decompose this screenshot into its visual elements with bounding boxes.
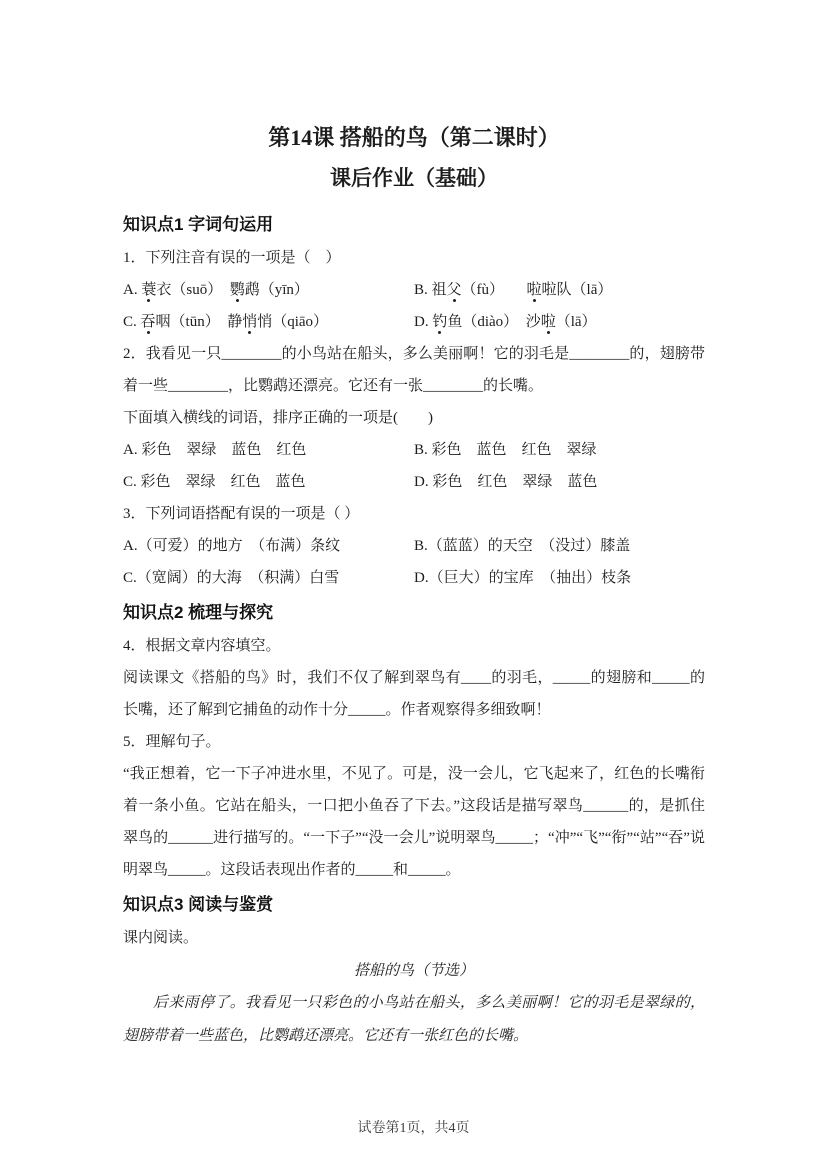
passage-title: 搭船的鸟（节选） [123,954,705,986]
q4-stem: 4．根据文章内容填空。 [123,630,705,662]
q3-option-c: C.（宽阔）的大海 （积满）白雪 [123,562,414,594]
q4-body: 阅读课文《搭船的鸟》时，我们不仅了解到翠鸟有____的羽毛，_____的翅膀和_… [123,662,705,726]
q1-option-c: C. 吞咽（tūn） 静悄悄（qiāo） [123,306,414,338]
q1-stem: 1．下列注音有误的一项是（ ） [123,242,705,274]
page-footer: 试卷第1页，共4页 [0,1119,827,1139]
section1-heading: 知识点1 字词句运用 [123,208,705,242]
q5-stem: 5．理解句子。 [123,726,705,758]
q3-option-d: D.（巨大）的宝库 （抽出）枝条 [414,562,705,594]
q2-sub-stem: 下面填入横线的词语，排序正确的一项是( ) [123,402,705,434]
q3-stem: 3．下列词语搭配有误的一项是（ ） [123,498,705,530]
q2-option-c: C. 彩色 翠绿 红色 蓝色 [123,466,414,498]
q2-option-d: D. 彩色 红色 翠绿 蓝色 [414,466,705,498]
q3-option-b: B.（蓝蓝）的天空 （没过）膝盖 [414,530,705,562]
q1-option-a: A. 蓑衣（suō） 鹦鹉（yīn） [123,274,414,306]
reading-intro: 课内阅读。 [123,922,705,954]
doc-title-line1: 第14课 搭船的鸟（第二课时） [123,118,705,158]
q1-option-b: B. 祖父（fù） 啦啦队（lā） [414,274,705,306]
q1-option-d: D. 钓鱼（diào） 沙啦（lā） [414,306,705,338]
passage-text: 后来雨停了。我看见一只彩色的小鸟站在船头，多么美丽啊！它的羽毛是翠绿的，翅膀带着… [123,986,705,1051]
section2-heading: 知识点2 梳理与探究 [123,596,705,630]
q2-option-b: B. 彩色 蓝色 红色 翠绿 [414,434,705,466]
q2-stem: 2．我看见一只________的小鸟站在船头，多么美丽啊！它的羽毛是______… [123,338,705,402]
q5-body: “我正想着，它一下子冲进水里，不见了。可是，没一会儿，它飞起来了，红色的长嘴衔着… [123,758,705,886]
q3-option-a: A.（可爱）的地方 （布满）条纹 [123,530,414,562]
q1-options: A. 蓑衣（suō） 鹦鹉（yīn） B. 祖父（fù） 啦啦队（lā） C. … [123,274,705,338]
q2-option-a: A. 彩色 翠绿 蓝色 红色 [123,434,414,466]
doc-title-line2: 课后作业（基础） [123,158,705,198]
q2-options: A. 彩色 翠绿 蓝色 红色 B. 彩色 蓝色 红色 翠绿 C. 彩色 翠绿 红… [123,434,705,498]
section3-heading: 知识点3 阅读与鉴赏 [123,888,705,922]
worksheet-page: 第14课 搭船的鸟（第二课时） 课后作业（基础） 知识点1 字词句运用 1．下列… [0,0,827,1169]
q3-options: A.（可爱）的地方 （布满）条纹 B.（蓝蓝）的天空 （没过）膝盖 C.（宽阔）… [123,530,705,594]
